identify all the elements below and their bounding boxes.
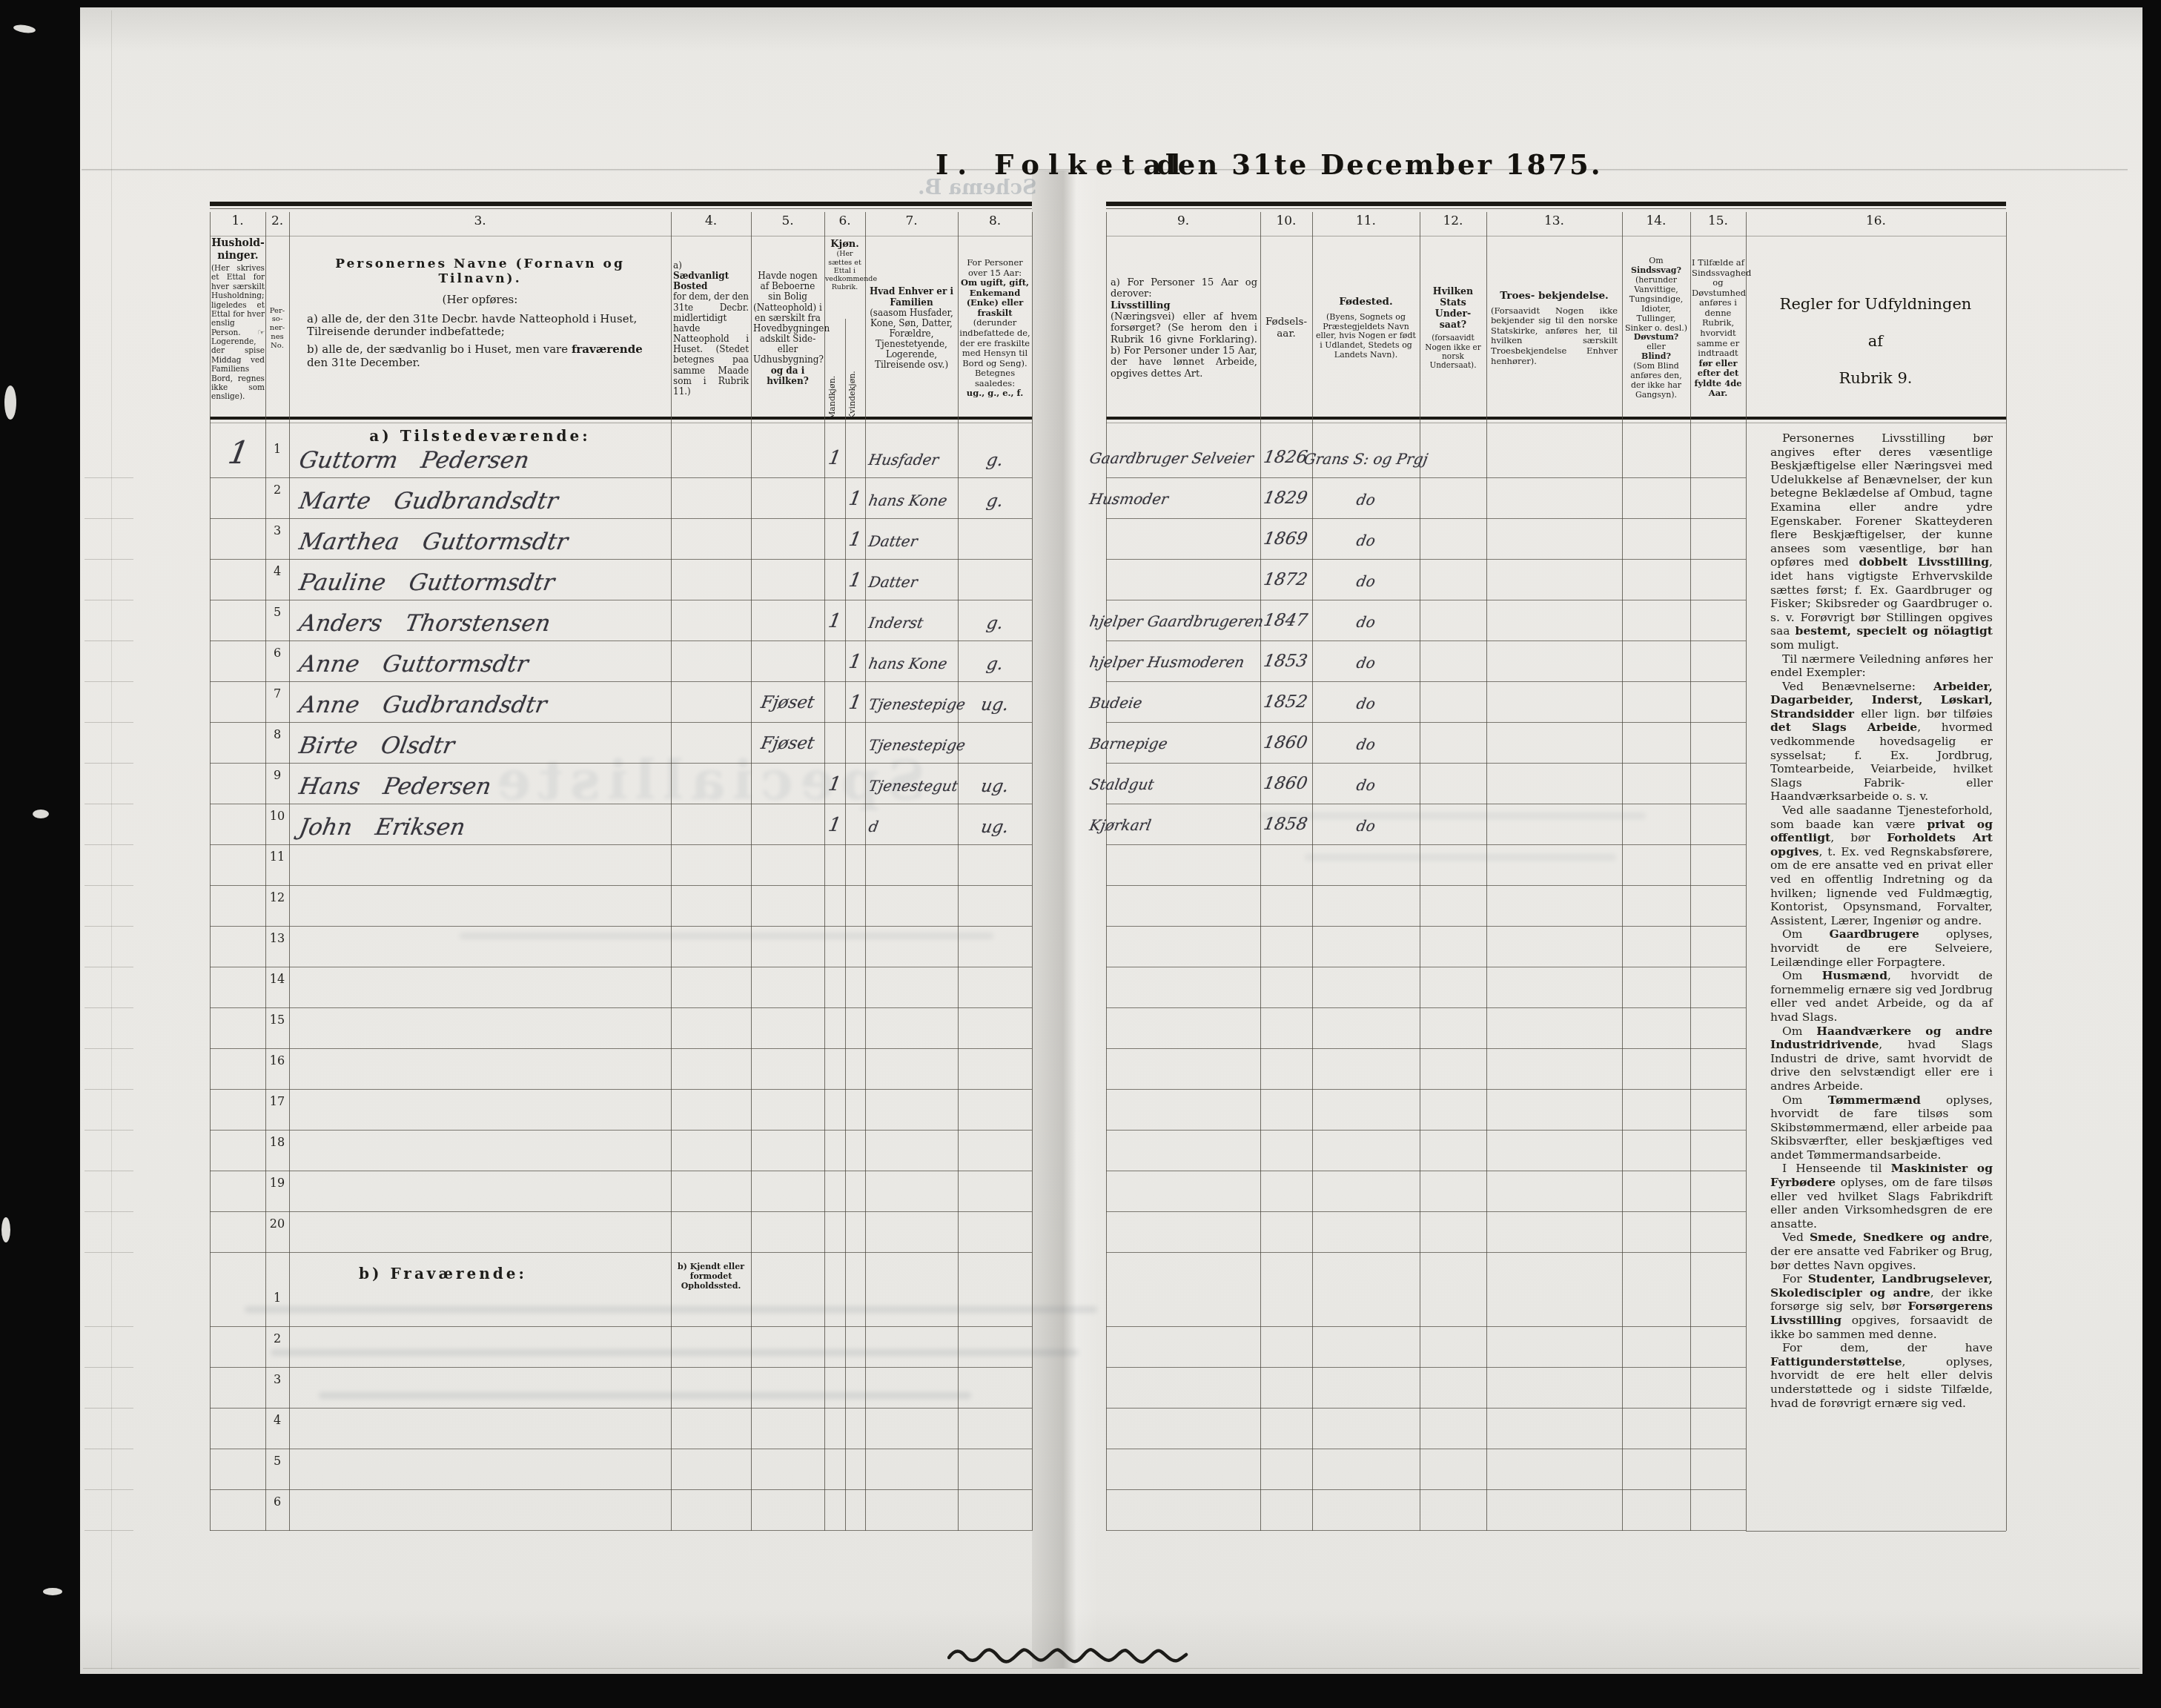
cell-occupation: hjelper Husmoderen [1088,653,1258,671]
regler-heading1: Regler for Udfyldningen [1750,295,2002,313]
cell-sex-f: 1 [843,529,867,551]
cell-occupation: Staldgut [1088,775,1258,793]
header-names: Personernes Navne (Fornavn og Tilnavn). … [297,237,663,420]
cell-no: 9 [265,768,289,782]
cell-no: 19 [265,1176,289,1190]
cell-no: 13 [265,931,289,945]
cell-family: Tjenestepige [867,695,958,713]
col-number: 5. [751,213,824,233]
header-occupation: a) For Personer 15 Aar og derover: Livss… [1111,237,1257,420]
cell-birth-place: do [1300,654,1432,672]
cell-name: Anne Guttormsdtr [297,651,672,678]
cell-no: 2 [265,483,289,497]
header-top-rule2 [1106,208,2006,209]
cell-no: 14 [265,972,289,986]
header-sex-title: Kjøn. [825,239,864,250]
cell-sex-m: 1 [822,814,847,836]
cell-no: 3 [265,1372,289,1386]
header-birth-place: Fødested. (Byens, Sognets og Præstegjeld… [1314,237,1417,420]
header-birth-year: Fødsels- aar. [1261,237,1311,420]
header-birth-place-note: (Byens, Sognets og Præstegjeldets Navn e… [1314,313,1417,361]
cell-sex-m: 1 [822,773,847,795]
col-number: 11. [1312,213,1420,233]
page-title-right: den 31te December 1875. [1156,148,1603,181]
regler-paragraph: Om Gaardbrugere oplyses, hvorvidt de ere… [1770,927,1993,969]
header-usual-residence: a) Sædvanligt Bosted for dem, der den 31… [673,237,749,420]
cell-sex-f: 1 [843,651,867,673]
paper-tear-speck [43,1588,62,1595]
number-row-rule [210,236,1032,236]
col-number: 1. [210,213,265,233]
cell-no: 5 [265,605,289,619]
col-number: 9. [1106,213,1260,233]
row-lines-absent-left [210,1286,1032,1532]
col-number: 10. [1260,213,1312,233]
cell-no: 11 [265,850,289,864]
regler-paragraph: Ved Benævnelserne: Arbeider, Dagarbeider… [1770,680,1993,804]
header-top-rule [1106,202,2006,206]
cell-name: Marte Gudbrandsdtr [297,488,672,514]
cell-sex-m: 1 [822,447,847,469]
paper-tear-speck [13,24,36,34]
cell-no: 5 [265,1454,289,1468]
regler-paragraph: Om Haandværkere og andre Industridrivend… [1770,1025,1993,1093]
cell-sex-f: 1 [843,569,867,592]
header-names-note-b: b) alle de, der sædvanlig bo i Huset, me… [297,343,663,369]
cell-birth-place: do [1300,817,1432,835]
col-number: 4. [671,213,751,233]
header-family-position: Hvad Enhver er i Familien (saasom Husfad… [867,237,956,420]
cell-no: 1 [265,442,289,456]
cell-family: hans Kone [867,655,958,672]
cell-family: Tjenestepige [867,736,958,754]
cell-birth-place: do [1300,735,1432,753]
header-citizenship-title: Hvilken Stats Under- saat? [1421,286,1485,330]
column-line [1032,212,1033,1531]
cell-status: g. [958,451,1033,470]
header-person-no: Per- so- ner- nes No. [266,237,288,420]
col-number: 2. [265,213,289,233]
cell-name: Birte Olsdtr [297,732,672,759]
regler-paragraph: Om Husmænd, hvorvidt de fornemmelig ernæ… [1770,969,1993,1024]
column-line [2006,212,2007,1531]
header-top-rule2 [210,208,1032,209]
header-names-note-a: a) alle de, der den 31te Decbr. havde Na… [297,313,663,339]
cell-household: 1 [211,434,268,471]
col-number: 8. [958,213,1032,233]
cell-status: ug. [958,818,1033,837]
col-number: 3. [289,213,671,233]
cell-no: 17 [265,1094,289,1108]
header-citizenship-note: (forsaavidt Nogen ikke er norsk Undersaa… [1421,334,1485,371]
header-birth-place-title: Fødested. [1314,297,1417,308]
cell-birth-place: do [1300,613,1432,631]
cell-status: g. [958,614,1033,633]
cell-birth-place: do [1300,532,1432,549]
cell-no: 18 [265,1135,289,1149]
cell-family: Inderst [867,614,958,632]
page-title-left: I. Folketal [936,148,1189,181]
cell-birth-place: do [1300,776,1432,794]
regler-paragraph: I Henseende til Maskinister og Fyrbødere… [1770,1162,1993,1231]
header-households-note: (Her skrives et Ettal for hver særskilt … [211,264,265,402]
header-religion-title: Troes- bekjendelse. [1489,291,1620,302]
cell-occupation: Kjørkarl [1088,816,1258,834]
cell-occupation: Husmoder [1088,490,1258,508]
pen-scribble [947,1646,1199,1668]
header-top-rule [210,202,1032,206]
cell-family: Datter [867,573,958,591]
cell-family: Datter [867,532,958,550]
regler-paragraph: Personernes Livsstilling bør angives eft… [1770,431,1993,652]
regler-paragraph: Ved Smede, Snedkere og andre, der ere an… [1770,1231,1993,1272]
cell-no: 2 [265,1331,289,1345]
header-disability-onset: I Tilfælde af Sindssvaghed og Døvstumhed… [1692,237,1744,420]
header-person-no-label: Per- so- ner- nes No. [266,307,288,351]
cell-status: ug. [958,777,1033,796]
census-form-scan: Schema B. Specialliste I. Folketal den 3… [0,0,2161,1708]
section-absent-label: b) Fraværende: [252,1265,634,1282]
cell-occupation: Budeie [1088,694,1258,712]
regler-heading2: af [1750,332,2002,350]
header-disabilities: Om Sindssvag? (herunder Vanvittige, Tung… [1624,237,1689,420]
regler-paragraph: For Studenter, Landbrugselever, Skoledis… [1770,1272,1993,1341]
header-names-title: Personernes Navne (Fornavn og Tilnavn). [297,256,663,286]
row-lines-absent-right [1106,1286,1746,1532]
cell-sex-f: 1 [843,692,867,714]
cell-sex-f: 1 [843,488,867,510]
cell-no: 20 [265,1217,289,1231]
cell-no: 3 [265,523,289,537]
col-number: 6. [824,213,865,233]
header-names-intro: (Her opføres: [297,294,663,307]
col-number: 16. [1746,213,2006,233]
table-bottom-rule [1746,1531,2006,1532]
row-lines-present-left [210,437,1032,1254]
cell-name: Guttorm Pedersen [297,447,672,474]
cell-occupation: Barnepige [1088,735,1258,752]
row-lines-margin-sliver [85,437,133,1254]
cell-no: 1 [265,1291,289,1305]
cell-no: 6 [265,1494,289,1509]
header-sex-male: Mandkjøn. [827,332,837,420]
header-citizenship: Hvilken Stats Under- saat? (forsaavidt N… [1421,237,1485,420]
cell-name: Marthea Guttormsdtr [297,529,672,555]
cell-birth-place: do [1300,695,1432,712]
row-lines-margin-sliver [85,1286,133,1532]
cell-no: 4 [265,1413,289,1427]
cell-family: Husfader [867,451,958,469]
column-line [1746,212,1747,1531]
cell-family: hans Kone [867,491,958,509]
header-households: Hushold-ninger. (Her skrives et Ettal fo… [211,237,265,420]
cell-status: g. [958,655,1033,674]
cell-name: Hans Pedersen [297,773,672,800]
cell-status: g. [958,491,1033,511]
header-bottom-rule2 [210,423,1032,423]
col-number: 15. [1690,213,1746,233]
regler-paragraph: Til nærmere Veiledning anføres her endel… [1770,652,1993,680]
number-row-rule [1106,236,2006,236]
cell-no: 7 [265,686,289,701]
cell-no: 15 [265,1013,289,1027]
cell-sex-m: 1 [822,610,847,632]
cell-no: 16 [265,1053,289,1067]
header-bottom-rule2 [1106,423,2006,423]
cell-outbuilding: Fjøset [751,734,825,753]
cell-name: John Eriksen [297,814,672,841]
cell-no: 6 [265,646,289,660]
regler-paragraph: Ved alle saadanne Tjenesteforhold, som b… [1770,804,1993,927]
cell-occupation: hjelper Gaardbrugeren [1088,612,1258,630]
cell-name: Pauline Guttormsdtr [297,569,672,596]
header-sex-female: Kvindekjøn. [847,328,857,420]
paper-tear-speck [1,1217,10,1242]
paper-tear-speck [4,385,16,420]
cell-occupation: Gaardbruger Selveier [1088,449,1258,467]
cell-no: 4 [265,564,289,578]
center-fold-shadow [1032,171,1106,1668]
header-marital-status: For Personer over 15 Aar: Om ugift, gift… [959,237,1030,420]
cell-family: d [867,818,958,835]
cell-birth-place: do [1300,491,1432,509]
header-religion: Troes- bekjendelse. (Forsaavidt Nogen ik… [1489,237,1620,420]
cell-no: 8 [265,727,289,741]
header-outbuilding: Havde nogen af Beboerne sin Bolig (Natte… [753,237,822,420]
cell-no: 10 [265,809,289,823]
col-number: 7. [865,213,958,233]
paper-bottom-edge [83,1668,2140,1669]
cell-outbuilding: Fjøset [751,693,825,712]
paper-tear-speck [33,810,49,818]
header-religion-note: (Forsaavidt Nogen ikke bekjender sig til… [1489,306,1620,366]
cell-name: Anders Thorstensen [297,610,672,637]
col-number: 13. [1486,213,1622,233]
regler-paragraphs: Personernes Livsstilling bør angives eft… [1770,431,1993,1410]
header-households-title: Hushold-ninger. [211,237,265,262]
cell-name: Anne Gudbrandsdtr [297,692,672,718]
cell-birth-place: Grans S: og Prgj [1300,450,1432,468]
cell-birth-place: do [1300,572,1432,590]
regler-heading3: Rubrik 9. [1750,369,2002,387]
regler-paragraph: For dem, der have Fattigunderstøttelse, … [1770,1341,1993,1410]
cell-family: Tjenestegut [867,777,958,795]
header-sex-note: (Her sættes et Ettal i vedkommende Rubri… [825,250,864,291]
regler-paragraph: Om Tømmermænd oplyses, hvorvidt de fare … [1770,1093,1993,1162]
cell-status: ug. [958,695,1033,715]
row-lines-present-right [1106,437,1746,1254]
cell-no: 12 [265,890,289,904]
col-number: 14. [1622,213,1690,233]
col-number: 12. [1420,213,1486,233]
